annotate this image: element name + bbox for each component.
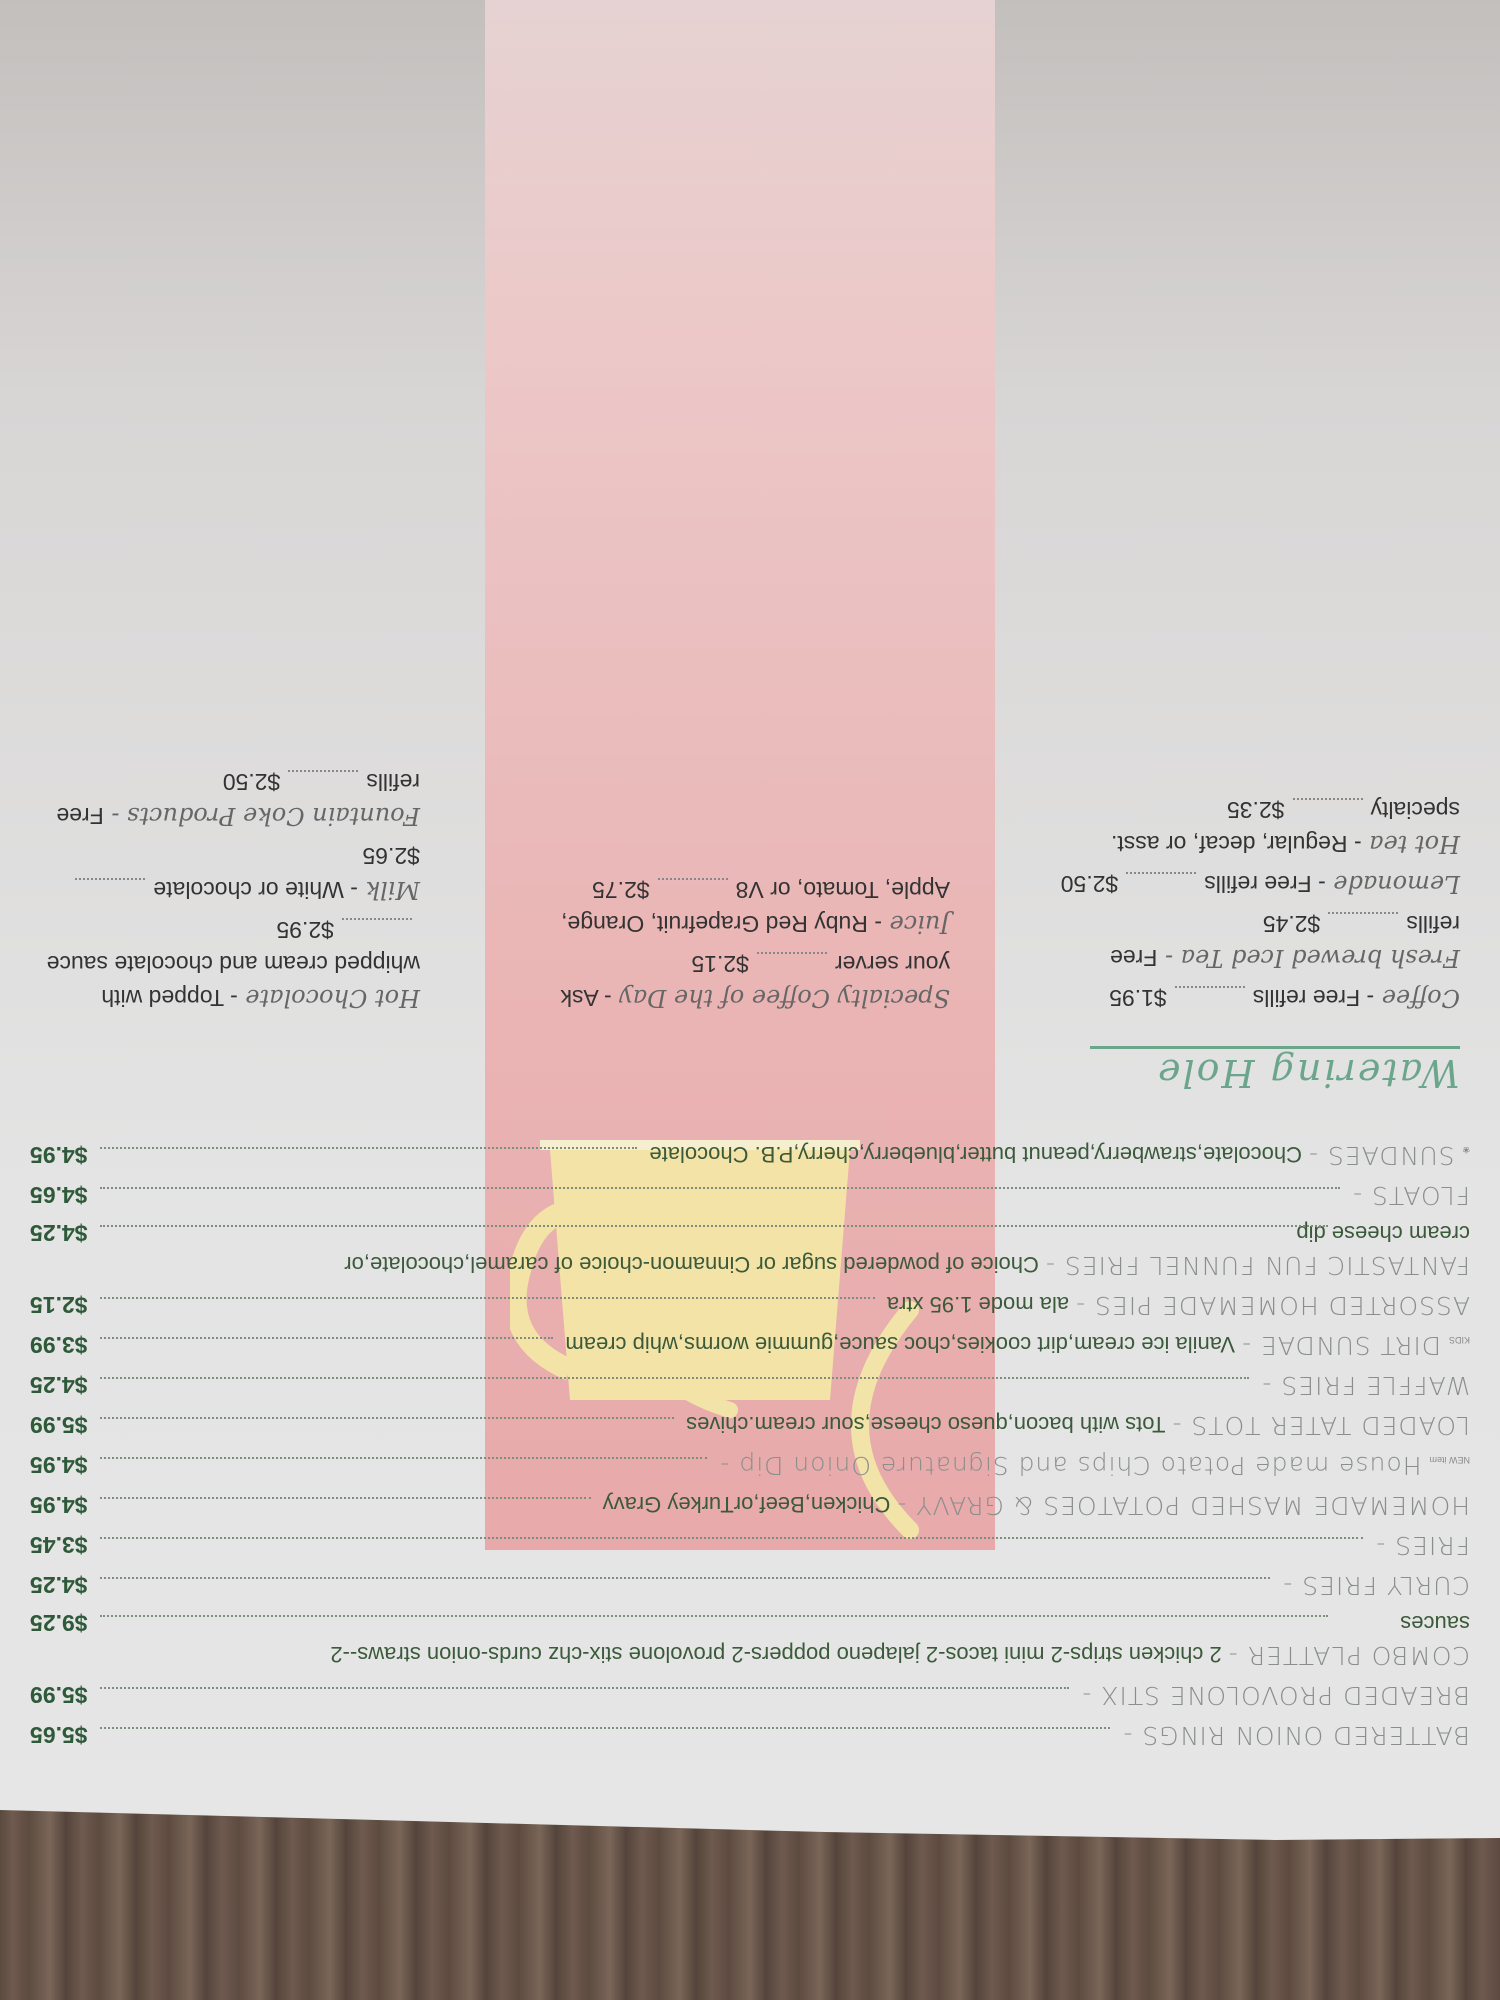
drink-price: $2.95 xyxy=(276,917,334,943)
item-price: $4.25 xyxy=(30,1219,88,1246)
drink-item: Specialty Coffee of the Day - Ask your s… xyxy=(550,947,950,1015)
menu-item-row: LOADED TATER TOTS -Tots with bacon,queso… xyxy=(30,1411,1470,1440)
drinks-column-3: Hot Chocolate - Topped with whipped crea… xyxy=(20,759,420,1015)
item-name: DIRT SUNDAE - xyxy=(1241,1331,1441,1360)
menu-item-row: CURLY FRIES -$4.25 xyxy=(30,1571,1470,1600)
item-description: ala mode 1.95 xtra xyxy=(887,1291,1069,1317)
dot-leader xyxy=(100,1297,875,1299)
menu-item-row: FANTASTIC FUN FUNNEL FRIES -Choice of po… xyxy=(30,1251,1470,1280)
drink-price: $1.95 xyxy=(1109,985,1167,1011)
item-price: $4.65 xyxy=(30,1181,88,1208)
menu-item-row-continued: $4.25 xyxy=(30,1219,1340,1246)
drink-description: - White or chocolate xyxy=(153,877,358,903)
item-description: Choice of powdered sugar or Cinnamon-cho… xyxy=(344,1251,1039,1277)
drink-name: Fountain Coke Products - xyxy=(104,802,420,830)
dot-leader xyxy=(288,770,358,772)
menu-item-row: ❀SUNDAES -Chocolate,strawberry,peanut bu… xyxy=(30,1141,1470,1170)
drink-item: Hot tea - Regular, decaf, or asst. speci… xyxy=(1060,793,1460,861)
menu-item-row: BATTERED ONION RINGS -$5.65 xyxy=(30,1721,1470,1750)
dot-leader xyxy=(100,1187,1341,1189)
dot-leader xyxy=(100,1147,638,1149)
drink-price: $2.15 xyxy=(691,951,749,977)
item-price: $4.25 xyxy=(30,1371,88,1398)
dot-leader xyxy=(100,1377,1250,1379)
item-price: $3.45 xyxy=(30,1531,88,1558)
drink-item: Fountain Coke Products - Free refills$2.… xyxy=(20,765,420,833)
item-description: Tots with bacon,queso cheese,sour cream.… xyxy=(686,1411,1165,1437)
item-price: $5.65 xyxy=(30,1721,88,1748)
drink-price: $2.45 xyxy=(1263,911,1321,937)
menu-item-row: FLOATS -$4.65 xyxy=(30,1181,1470,1210)
dot-leader xyxy=(100,1225,1328,1227)
drink-item: Coffee - Free refills$1.95 xyxy=(1060,981,1460,1015)
item-name: HOMEMADE MASHED POTATOES & GRAVY - xyxy=(896,1491,1470,1520)
dot-leader xyxy=(1328,912,1398,914)
dot-leader xyxy=(100,1497,591,1499)
menu-item-row: BREADED PROVOLONE STIX -$5.99 xyxy=(30,1681,1470,1710)
item-price: $4.95 xyxy=(30,1141,88,1168)
item-name: SUNDAES - xyxy=(1308,1141,1454,1170)
item-description: Vanila ice cream,dirt cookies,choc sauce… xyxy=(565,1331,1235,1357)
item-price: $5.99 xyxy=(30,1681,88,1708)
dot-leader xyxy=(1293,798,1363,800)
item-price: $2.15 xyxy=(30,1291,88,1318)
drink-name: Specialty Coffee of the Day xyxy=(612,984,950,1012)
item-description: Chicken,Beef,orTurkey Gravy xyxy=(603,1491,891,1517)
item-price: $5.99 xyxy=(30,1411,88,1438)
menu-item-row: NEW itemHouse made Potato Chips and Sign… xyxy=(30,1451,1470,1480)
item-price: $4.25 xyxy=(30,1571,88,1598)
drink-price: $2.35 xyxy=(1227,797,1285,823)
item-description-continued: sauces xyxy=(1400,1610,1470,1636)
item-name: FRIES - xyxy=(1375,1531,1470,1560)
dot-leader xyxy=(100,1537,1364,1539)
menu-item-row: FRIES -$3.45 xyxy=(30,1531,1470,1560)
dot-leader xyxy=(100,1727,1111,1729)
dot-leader xyxy=(100,1577,1271,1579)
drink-price: $2.50 xyxy=(223,769,281,795)
menu-item-row: WAFFLE FRIES -$4.25 xyxy=(30,1371,1470,1400)
drink-description: - Free refills xyxy=(1253,985,1374,1011)
drink-name: Milk xyxy=(358,876,420,904)
drink-price: $2.65 xyxy=(362,843,420,869)
menu-item-row: KIDSDIRT SUNDAE -Vanila ice cream,dirt c… xyxy=(30,1331,1470,1360)
dot-leader xyxy=(100,1337,554,1339)
menu-photo: BATTERED ONION RINGS -$5.65BREADED PROVO… xyxy=(0,0,1500,2000)
item-price: $3.99 xyxy=(30,1331,88,1358)
drink-name: Juice xyxy=(882,910,950,938)
dot-leader xyxy=(1126,872,1196,874)
drink-name: Hot Chocolate xyxy=(238,984,420,1012)
dot-leader xyxy=(342,918,412,920)
item-name: ASSORTED HOMEMADE PIES - xyxy=(1075,1291,1470,1320)
item-name: FLOATS - xyxy=(1352,1181,1470,1210)
watering-hole-title: Watering Hole xyxy=(1090,1046,1460,1095)
menu-item-row: COMBO PLATTER -2 chicken strips-2 mini t… xyxy=(30,1641,1470,1670)
item-price: $4.95 xyxy=(30,1451,88,1478)
item-name: WAFFLE FRIES - xyxy=(1261,1371,1470,1400)
item-name: CURLY FRIES - xyxy=(1282,1571,1470,1600)
drinks-column-1: Coffee - Free refills$1.95Fresh brewed I… xyxy=(1060,787,1460,1015)
drink-name: Hot tea xyxy=(1362,830,1460,858)
drink-item: Juice - Ruby Red Grapefruit, Orange, App… xyxy=(550,873,950,941)
dot-leader xyxy=(757,952,827,954)
dot-leader xyxy=(1175,986,1245,988)
drink-item: Fresh brewed Iced Tea - Free refills$2.4… xyxy=(1060,907,1460,975)
drink-name: Fresh brewed Iced Tea - xyxy=(1157,944,1460,972)
drink-item: Milk - White or chocolate$2.65 xyxy=(20,839,420,907)
item-name: BATTERED ONION RINGS - xyxy=(1122,1721,1470,1750)
item-name: LOADED TATER TOTS - xyxy=(1171,1411,1470,1440)
menu-item-row: HOMEMADE MASHED POTATOES & GRAVY -Chicke… xyxy=(30,1491,1470,1520)
drink-description: - Free refills xyxy=(1204,871,1325,897)
drink-price: $2.75 xyxy=(592,877,650,903)
drink-item: Lemonade - Free refills$2.50 xyxy=(1060,867,1460,901)
dot-leader xyxy=(100,1457,708,1459)
item-tag: KIDS xyxy=(1449,1335,1470,1345)
menu-item-row-continued: $9.25 xyxy=(30,1609,1340,1636)
item-name: COMBO PLATTER - xyxy=(1228,1641,1470,1670)
drink-price: $2.50 xyxy=(1061,871,1119,897)
dot-leader xyxy=(658,878,728,880)
dot-leader xyxy=(100,1615,1328,1617)
dot-leader xyxy=(100,1417,675,1419)
item-price: $9.25 xyxy=(30,1609,88,1636)
menu-item-row: ASSORTED HOMEMADE PIES -ala mode 1.95 xt… xyxy=(30,1291,1470,1320)
drinks-column-2: Specialty Coffee of the Day - Ask your s… xyxy=(550,867,950,1015)
item-name: FANTASTIC FUN FUNNEL FRIES - xyxy=(1045,1251,1470,1280)
drink-item: Hot Chocolate - Topped with whipped crea… xyxy=(20,913,420,1015)
drink-name: Lemonade xyxy=(1326,870,1460,898)
dot-leader xyxy=(75,878,145,880)
item-name: House made Potato Chips and Signature On… xyxy=(719,1451,1421,1480)
item-price: $4.95 xyxy=(30,1491,88,1518)
item-description: 2 chicken strips-2 mini tacos-2 jalapeno… xyxy=(330,1641,1221,1667)
item-description: Chocolate,strawberry,peanut butter,blueb… xyxy=(649,1141,1302,1167)
item-tag: NEW item xyxy=(1430,1455,1471,1465)
dot-leader xyxy=(100,1687,1070,1689)
pinwheel-icon: ❀ xyxy=(1462,1144,1470,1155)
item-name: BREADED PROVOLONE STIX - xyxy=(1081,1681,1470,1710)
drink-name: Coffee xyxy=(1374,984,1460,1012)
